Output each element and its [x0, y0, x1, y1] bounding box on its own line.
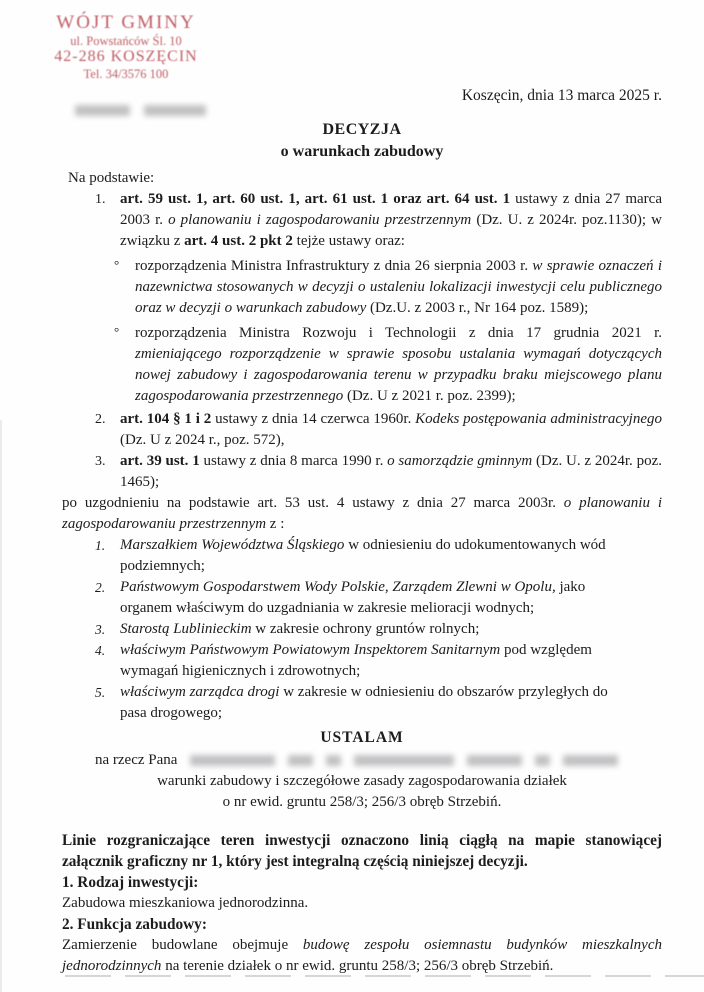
text-segment: na terenie działek o nr ewid. gruntu 258… [161, 958, 553, 974]
recipient-line: na rzecz Pana [95, 750, 662, 771]
text-segment: z : [266, 516, 284, 532]
text-segment: Starostą Lublinieckim [120, 621, 252, 637]
text-segment: art. 104 § 1 i 2 [120, 411, 211, 427]
legal-basis-intro: Na podstawie: [68, 168, 662, 189]
agreement-item-5: 5. właściwym zarządca drogi w zakresie w… [62, 682, 662, 724]
stamp-city: 42-286 KOSZĘCIN [36, 48, 216, 66]
stamp-street: ul. Powstańców Śl. 10 [36, 34, 216, 48]
redacted-text-blob [563, 755, 618, 766]
agreement-lead: po uzgodnieniu na podstawie art. 53 ust.… [62, 493, 662, 535]
scan-artifact-left-edge [0, 420, 2, 992]
text-segment: art. 4 ust. 2 pkt 2 [184, 233, 293, 249]
text-segment: Kodeks postępowania administracyjnego [415, 411, 662, 427]
text-segment: właściwym zarządca drogi [120, 684, 279, 700]
list-marker: 1. [95, 535, 105, 556]
agreement-item-text: właściwym Państwowym Powiatowym Inspekto… [120, 642, 592, 679]
legal-basis-item-3: 3. art. 39 ust. 1 ustawy z dnia 8 marca … [62, 451, 662, 493]
text-segment: Zamierzenie budowlane obejmuje [62, 937, 303, 953]
legal-basis-item-text: art. 39 ust. 1 ustawy z dnia 8 marca 199… [120, 453, 662, 490]
text-segment: Marszałkiem Województwa Śląskiego [120, 537, 344, 553]
text-segment: o samorządzie gminnym [387, 453, 532, 469]
date-line: Koszęcin, dnia 13 marca 2025 r. [462, 85, 662, 106]
text-segment: Państwowym Gospodarstwem Wody Polskie, Z… [120, 579, 556, 595]
section-2-heading: 2. Funkcja zabudowy: [62, 914, 662, 935]
boundary-note: Linie rozgraniczające teren inwestycji o… [62, 830, 662, 872]
list-marker: 5. [95, 682, 105, 703]
stamp-phone: Tel. 34/3576 100 [36, 67, 216, 81]
stamp-office-name: WÓJT GMINY [36, 12, 216, 34]
office-stamp: WÓJT GMINY ul. Powstańców Śl. 10 42-286 … [36, 12, 216, 81]
redacted-text-blob [326, 755, 341, 766]
section-1-heading: 1. Rodzaj inwestycji: [62, 872, 662, 893]
text-segment: ustawy z dnia 8 marca 1990 r. [200, 453, 387, 469]
agreement-item-2: 2. Państwowym Gospodarstwem Wody Polskie… [62, 577, 662, 619]
sub-bullet-text: rozporządzenia Ministra Infrastruktury z… [135, 258, 662, 316]
bullet-icon: ° [114, 321, 119, 342]
ruling-parcels-line: o nr ewid. gruntu 258/3; 256/3 obręb Str… [62, 792, 662, 813]
text-segment: tejże ustawy oraz: [293, 233, 405, 249]
redacted-reference-number [75, 100, 220, 121]
list-marker: 2. [95, 409, 106, 430]
legal-basis-item-1: 1. art. 59 ust. 1, art. 60 ust. 1, art. … [62, 189, 662, 252]
document-body: DECYZJA o warunkach zabudowy Na podstawi… [62, 119, 662, 977]
agreement-item-text: Państwowym Gospodarstwem Wody Polskie, Z… [120, 579, 585, 616]
text-segment: ustawy z dnia 14 czerwca 1960r. [211, 411, 415, 427]
redacted-text-blob [190, 755, 275, 766]
recipient-prefix: na rzecz Pana [95, 752, 177, 768]
legal-basis-item-text: art. 104 § 1 i 2 ustawy z dnia 14 czerwc… [120, 411, 662, 448]
list-marker: 3. [95, 451, 106, 472]
redacted-text-blob [467, 755, 522, 766]
agreement-item-4: 4. właściwym Państwowym Powiatowym Inspe… [62, 640, 662, 682]
redacted-text-blob [144, 105, 206, 116]
text-segment: art. 59 ust. 1, art. 60 ust. 1, art. 61 … [120, 191, 510, 207]
agreement-item-text: właściwym zarządca drogi w zakresie w od… [120, 684, 608, 721]
bullet-icon: ° [114, 254, 119, 275]
redacted-text-blob [288, 755, 313, 766]
agreement-item-text: Starostą Lublinieckim w zakresie ochrony… [120, 621, 479, 637]
text-segment: właściwym Państwowym Powiatowym Inspekto… [120, 642, 500, 658]
section-2-body: Zamierzenie budowlane obejmuje budowę ze… [62, 935, 662, 977]
document-title: DECYZJA [62, 119, 662, 141]
text-segment: (Dz.U. z 2003 r., Nr 164 poz. 1589); [366, 300, 588, 316]
agreement-item-1: 1. Marszałkiem Województwa Śląskiego w o… [62, 535, 662, 577]
ruling-scope-line: warunki zabudowy i szczegółowe zasady za… [62, 771, 662, 792]
ruling-heading: USTALAM [62, 727, 662, 748]
legal-basis-sub-bullet-2: ° rozporządzenia Ministra Rozwoju i Tech… [62, 323, 662, 407]
text-segment: Zabudowa mieszkaniowa jednorodzinna. [62, 895, 308, 911]
scanned-decision-document: WÓJT GMINY ul. Powstańców Śl. 10 42-286 … [0, 0, 704, 992]
list-marker: 2. [95, 577, 105, 598]
text-segment: w zakresie ochrony gruntów rolnych; [252, 621, 480, 637]
redacted-text-blob [535, 755, 550, 766]
list-marker: 3. [95, 619, 105, 640]
text-segment: rozporządzenia Ministra Rozwoju i Techno… [135, 325, 662, 341]
text-segment: (Dz. U z 2024 r., poz. 572), [120, 432, 285, 448]
redacted-text-blob [354, 755, 454, 766]
text-segment: (Dz. U z 2021 r. poz. 2399); [343, 388, 515, 404]
agreement-item-3: 3. Starostą Lublinieckim w zakresie ochr… [62, 619, 662, 640]
scan-artifact-bottom-line [65, 975, 704, 977]
agreement-item-text: Marszałkiem Województwa Śląskiego w odni… [120, 537, 606, 574]
list-marker: 1. [95, 189, 106, 210]
legal-basis-sub-bullet-1: ° rozporządzenia Ministra Infrastruktury… [62, 256, 662, 319]
document-subtitle: o warunkach zabudowy [62, 141, 662, 163]
text-segment: o planowaniu i zagospodarowaniu przestrz… [168, 212, 471, 228]
text-segment: rozporządzenia Ministra Infrastruktury z… [135, 258, 532, 274]
redacted-text-blob [75, 105, 130, 116]
list-marker: 4. [95, 640, 105, 661]
sub-bullet-text: rozporządzenia Ministra Rozwoju i Techno… [135, 325, 662, 404]
text-segment: po uzgodnieniu na podstawie art. 53 ust.… [62, 495, 564, 511]
text-segment: art. 39 ust. 1 [120, 453, 200, 469]
legal-basis-item-2: 2. art. 104 § 1 i 2 ustawy z dnia 14 cze… [62, 409, 662, 451]
legal-basis-item-text: art. 59 ust. 1, art. 60 ust. 1, art. 61 … [120, 191, 662, 249]
section-1-body: Zabudowa mieszkaniowa jednorodzinna. [62, 893, 662, 914]
